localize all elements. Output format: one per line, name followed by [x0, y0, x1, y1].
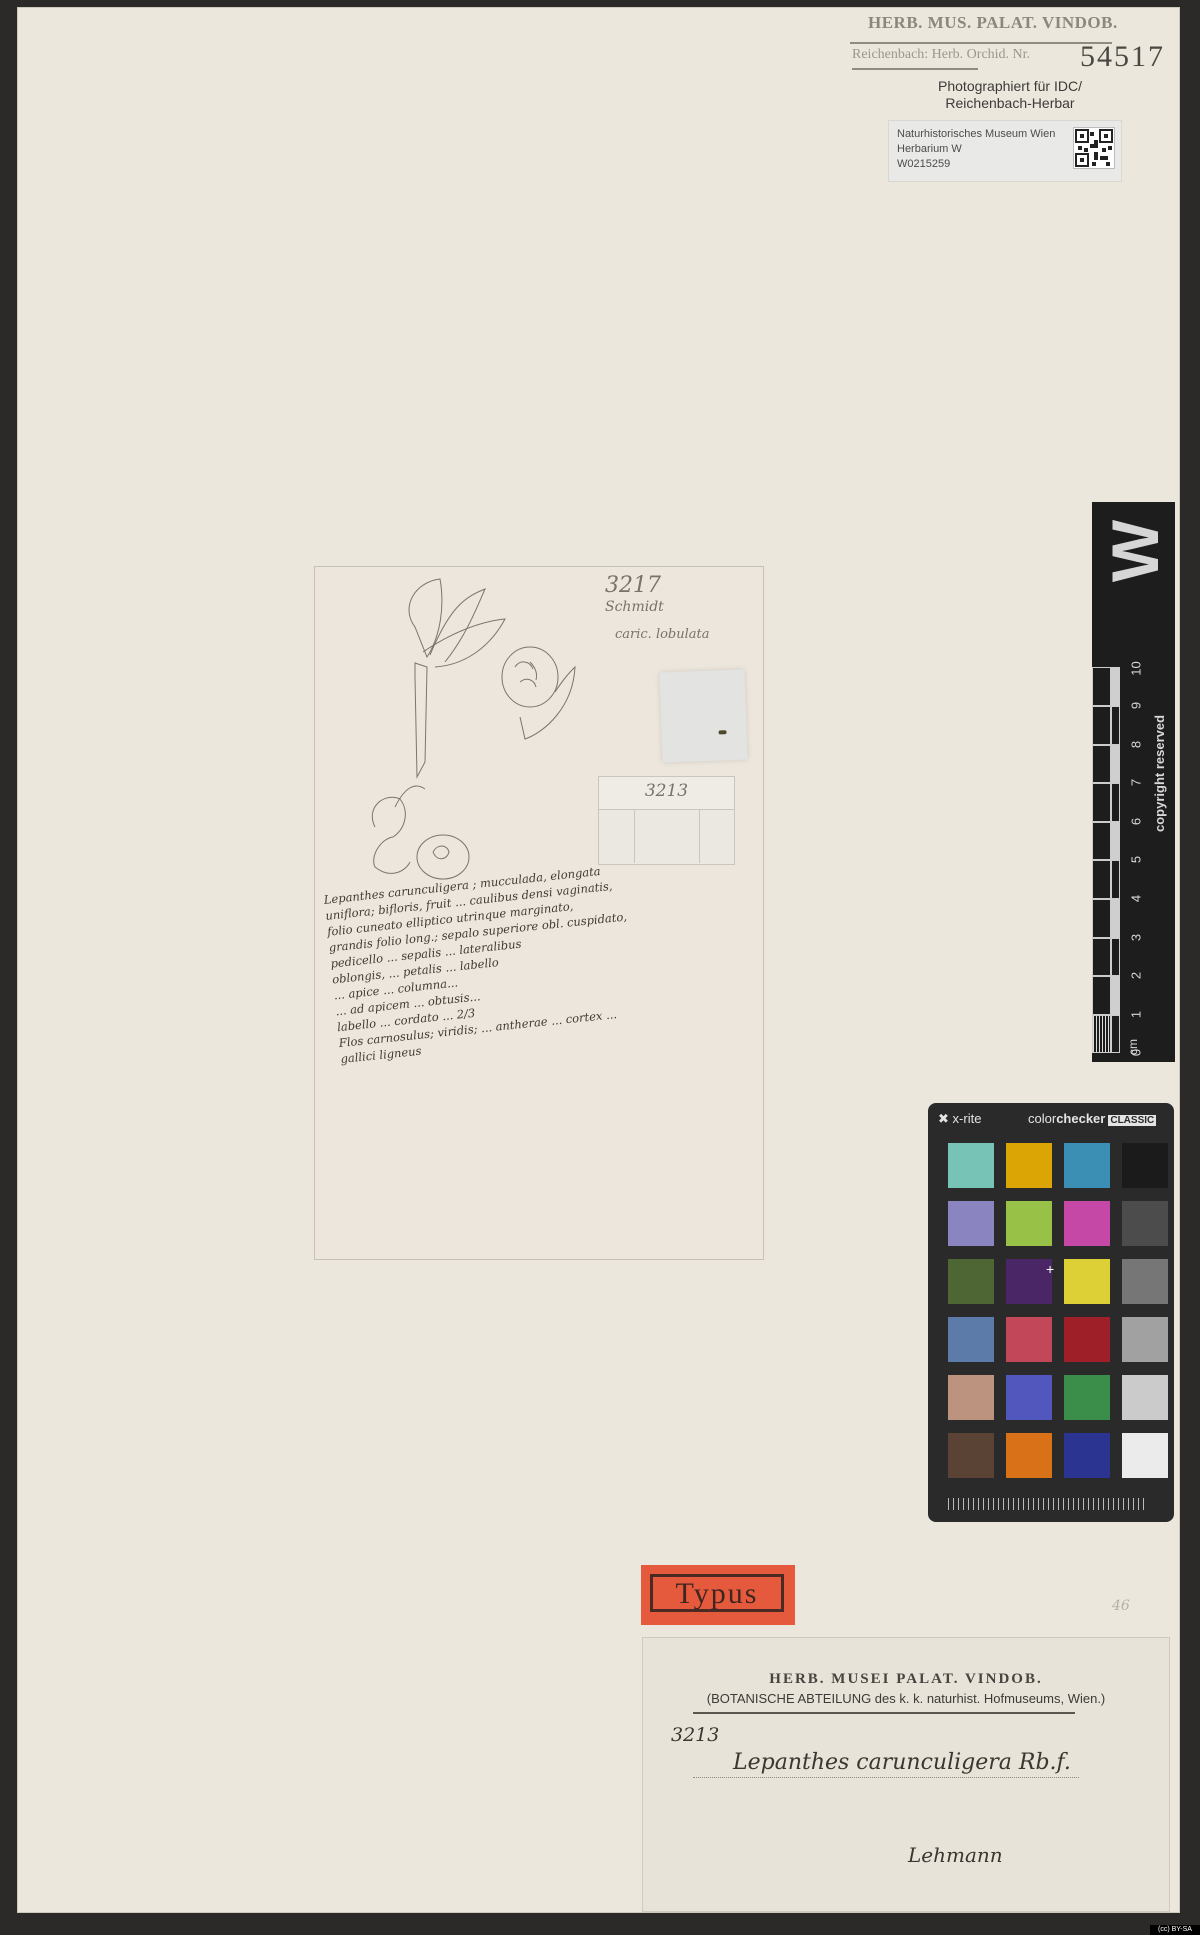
herbarium-name: Herbarium W	[897, 142, 1055, 157]
color-patch	[1006, 1201, 1052, 1246]
typus-text: Typus	[650, 1574, 784, 1612]
color-patch	[1064, 1317, 1110, 1362]
typus-label: Typus	[641, 1565, 795, 1625]
color-patch	[1006, 1143, 1052, 1188]
checker-title: colorcheckerCLASSIC	[1028, 1111, 1156, 1126]
ruler-tick-label: 7	[1129, 775, 1144, 791]
ruler-bar	[1111, 1015, 1120, 1053]
stamp-divider	[850, 42, 1112, 44]
color-patch	[1122, 1375, 1168, 1420]
checker-mm-scale	[948, 1498, 1148, 1510]
museum-name: Naturhistorisches Museum Wien	[897, 127, 1055, 142]
specimen-fragment	[659, 670, 747, 763]
ruler-segment	[1092, 706, 1111, 745]
ruler-tick-label: 8	[1129, 737, 1144, 753]
color-patch	[948, 1143, 994, 1188]
ruler-tick-label: 1	[1129, 1007, 1144, 1023]
color-patch	[1006, 1317, 1052, 1362]
color-patch	[1122, 1259, 1168, 1304]
color-patch	[948, 1317, 994, 1362]
ruler-bar	[1111, 822, 1120, 860]
ruler-segment	[1092, 667, 1111, 706]
ruler-bar	[1111, 899, 1120, 938]
ruler-segment	[1092, 822, 1111, 860]
barcode-label: Naturhistorisches Museum Wien Herbarium …	[888, 120, 1122, 182]
xrite-icon: ✖	[938, 1111, 949, 1126]
color-patch	[1064, 1201, 1110, 1246]
photo-stamp-line2: Reichenbach-Herbar	[920, 95, 1100, 112]
ruler-tick-label: 2	[1129, 968, 1144, 984]
title-bold: checker	[1056, 1111, 1105, 1126]
color-patch	[1122, 1143, 1168, 1188]
ruler-bar	[1111, 938, 1120, 976]
classic-badge: CLASSIC	[1108, 1115, 1156, 1126]
ruler-segment-mm	[1092, 1015, 1111, 1053]
color-patch	[1064, 1259, 1110, 1304]
color-patch	[1122, 1317, 1168, 1362]
copyright-notice: copyright reserved	[1152, 652, 1167, 832]
ruler-bar	[1111, 783, 1120, 822]
pencil-note: 46	[1112, 1598, 1130, 1614]
collector-signature: Lehmann	[908, 1843, 1003, 1867]
label-subtitle: (BOTANISCHE ABTEILUNG des k. k. naturhis…	[643, 1691, 1169, 1706]
color-patch-grid	[940, 1143, 1166, 1493]
packet-fold	[634, 809, 635, 863]
collector-name: Schmidt	[605, 599, 664, 615]
ruler-bar	[1111, 745, 1120, 783]
color-patch	[1064, 1433, 1110, 1478]
scale-ruler: W 0 1 2 3 4 5 6 7 8 9 10 cm copyright re…	[1092, 502, 1175, 1062]
color-patch	[948, 1201, 994, 1246]
color-patch	[1064, 1375, 1110, 1420]
specimen-number: 3217	[605, 573, 661, 598]
label-rule	[693, 1712, 1075, 1714]
color-patch	[948, 1433, 994, 1478]
ruler-segment	[1092, 745, 1111, 783]
ruler-tick-label: 6	[1129, 814, 1144, 830]
sketch-note: caric. lobulata	[615, 627, 710, 642]
collection-underline	[852, 68, 978, 70]
color-checker-card: ✖ x-rite colorcheckerCLASSIC +	[928, 1103, 1174, 1522]
photo-stamp-line1: Photographiert für IDC/	[920, 78, 1100, 95]
taxon-dotted-line	[693, 1777, 1079, 1778]
color-patch	[948, 1375, 994, 1420]
barcode-id: W0215259	[897, 157, 1055, 172]
ruler-tick-label: 10	[1129, 661, 1144, 677]
color-patch	[1122, 1433, 1168, 1478]
ruler-bar	[1111, 667, 1120, 706]
register-number: 54517	[1080, 40, 1165, 74]
collection-line: Reichenbach: Herb. Orchid. Nr.	[852, 47, 1030, 63]
barcode-text: Naturhistorisches Museum Wien Herbarium …	[897, 127, 1055, 172]
ruler-segment	[1092, 899, 1111, 938]
original-drawing-sheet: 3217 Schmidt caric. lobulata 3213 Lepant…	[314, 566, 764, 1260]
license-badge: (cc) BY-SA	[1150, 1925, 1200, 1935]
w-logo-icon: W	[1100, 516, 1170, 586]
xrite-logo: ✖ x-rite	[938, 1111, 981, 1127]
qr-code-icon	[1073, 127, 1115, 169]
herbarium-stamp-title: HERB. MUS. PALAT. VINDOB.	[868, 13, 1113, 33]
label-title: HERB. MUSEI PALAT. VINDOB.	[643, 1671, 1169, 1688]
ruler-bar	[1111, 860, 1120, 899]
photo-stamp: Photographiert für IDC/ Reichenbach-Herb…	[920, 78, 1100, 112]
brand-name: x-rite	[953, 1111, 982, 1126]
title-light: color	[1028, 1111, 1056, 1126]
color-patch	[948, 1259, 994, 1304]
ruler-bar	[1111, 706, 1120, 745]
packet-number: 3213	[599, 781, 734, 801]
determination-label: HERB. MUSEI PALAT. VINDOB. (BOTANISCHE A…	[642, 1637, 1170, 1912]
ruler-unit: cm	[1126, 1039, 1140, 1055]
ruler-tick-label: 3	[1129, 930, 1144, 946]
color-patch	[1122, 1201, 1168, 1246]
color-patch	[1006, 1375, 1052, 1420]
ruler-segment	[1092, 860, 1111, 899]
taxon-name: Lepanthes carunculigera Rb.f.	[733, 1750, 1071, 1775]
color-patch	[1006, 1433, 1052, 1478]
crosshair-icon: +	[1046, 1261, 1054, 1277]
ruler-segment	[1092, 783, 1111, 822]
ruler-tick-label: 9	[1129, 698, 1144, 714]
ruler-segment	[1092, 938, 1111, 976]
color-patch	[1064, 1143, 1110, 1188]
ruler-segment	[1092, 976, 1111, 1015]
ruler-tick-label: 5	[1129, 852, 1144, 868]
label-number: 3213	[671, 1724, 719, 1746]
ruler-bar	[1111, 976, 1120, 1015]
specimen-speck	[719, 730, 727, 734]
ruler-tick-label: 4	[1129, 891, 1144, 907]
